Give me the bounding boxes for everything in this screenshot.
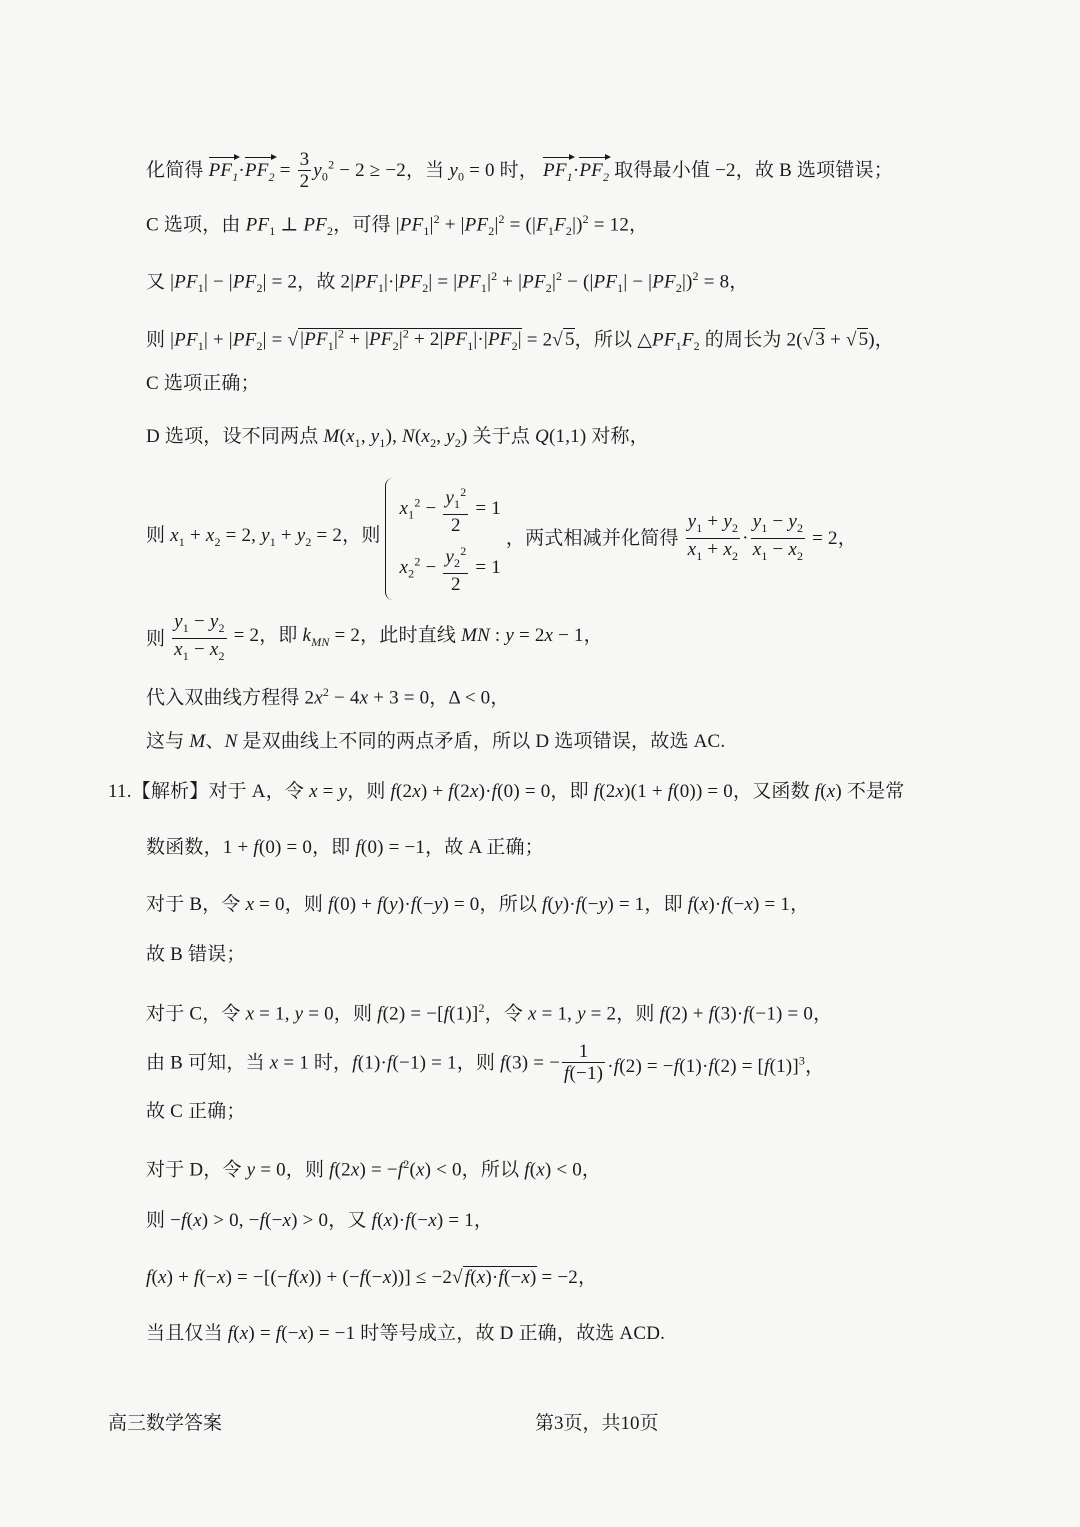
equation-system: x12 − y122 = 1 x22 − y222 = 1 <box>385 478 500 600</box>
line-c-option-start: C 选项，由 PF1 ⊥ PF2，可得 |PF1|2 + |PF2|2 = (|… <box>146 207 648 243</box>
footer-page-number: 第3页，共10页 <box>535 1408 659 1435</box>
line-d-option-system: 则 x1 + x2 = 2, y1 + y2 = 2，则 x12 − y122 … <box>146 478 857 600</box>
line-q11-c-option: 对于 C，令 x = 1, y = 0，则 f(2) = −[f(1)]2，令 … <box>146 996 832 1026</box>
line-q11-d-option: 对于 D，令 y = 0，则 f(2x) = −f2(x) < 0，所以 f(x… <box>146 1152 601 1182</box>
line-q11-a-option: 11.【解析】对于 A，令 x = y，则 f(2x) + f(2x)·f(0)… <box>108 780 905 804</box>
line-d-option-slope: 则 y1 − y2x1 − x2 = 2，即 kMN = 2，此时直线 MN :… <box>146 612 603 667</box>
line-d-option-start: D 选项，设不同两点 M(x1, y1), N(x2, y2) 关于点 Q(1,… <box>146 425 649 455</box>
line-q11-c-derivation: 由 B 可知，当 x = 1 时，f(1)·f(−1) = 1，则 f(3) =… <box>146 1042 824 1085</box>
line-q11-d-conclusion: 当且仅当 f(x) = f(−x) = −1 时等号成立，故 D 正确，故选 A… <box>146 1322 665 1346</box>
line-c-option-product: 又 |PF1| − |PF2| = 2，故 2|PF1|·|PF2| = |PF… <box>146 264 748 300</box>
line-c-option-perimeter: 则 |PF1| + |PF2| = √|PF1|2 + |PF2|2 + 2|P… <box>146 322 894 358</box>
line-d-option-discriminant: 代入双曲线方程得 2x2 − 4x + 3 = 0，Δ < 0， <box>146 680 510 710</box>
line-q11-a-correct: 数函数，1 + f(0) = 0，即 f(0) = −1，故 A 正确； <box>146 836 544 860</box>
line-q11-b-option: 对于 B，令 x = 0，则 f(0) + f(y)·f(−y) = 0，所以 … <box>146 893 809 917</box>
line-q11-d-inequality: f(x) + f(−x) = −[(−f(x)) + (−f(−x))] ≤ −… <box>146 1266 597 1290</box>
line-q11-d-positivity: 则 −f(x) > 0, −f(−x) > 0，又 f(x)·f(−x) = 1… <box>146 1209 493 1233</box>
footer-document-title: 高三数学答案 <box>108 1408 222 1435</box>
line-q11-b-wrong: 故 B 错误； <box>146 943 246 967</box>
answer-page: 化简得 PF1·PF2 = 32y02 − 2 ≥ −2，当 y0 = 0 时，… <box>0 0 1080 1527</box>
line-d-option-conclusion: 这与 M、N 是双曲线上不同的两点矛盾，所以 D 选项错误，故选 AC. <box>146 730 725 754</box>
line-b-option-conclusion: 化简得 PF1·PF2 = 32y02 − 2 ≥ −2，当 y0 = 0 时，… <box>146 150 893 193</box>
line-c-correct: C 选项正确； <box>146 372 260 396</box>
line-q11-c-correct: 故 C 正确； <box>146 1100 246 1124</box>
